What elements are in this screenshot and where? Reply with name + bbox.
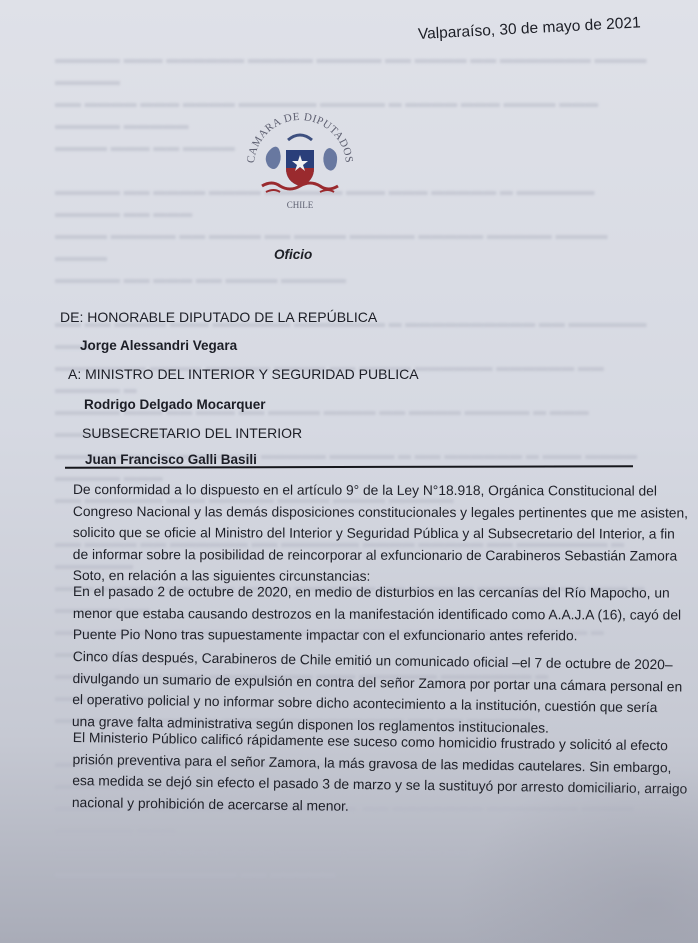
from-name: Jorge Alessandri Vegara [80, 338, 237, 353]
header-divider [65, 465, 633, 468]
date-line: Valparaíso, 30 de mayo de 2021 [418, 14, 642, 44]
paragraph-line: Puente Pio Nono tras supuestamente impac… [73, 624, 638, 647]
from-label: DE: HONORABLE DIPUTADO DE LA REPÚBLICA [60, 309, 377, 325]
to-name: Rodrigo Delgado Mocarquer [84, 397, 266, 412]
paragraph-line: En el pasado 2 de octubre de 2020, en me… [73, 581, 638, 604]
paragraph-line: De conformidad a lo dispuesto en el artí… [73, 479, 638, 502]
seal-bottom-text: CHILE [287, 200, 314, 210]
paragraph-line: Congreso Nacional y las demás disposicio… [73, 500, 638, 523]
to2-name: Juan Francisco Galli Basili [85, 452, 257, 467]
document-title: Oficio [274, 247, 312, 262]
paragraph-line: menor que estaba causando destrozos en l… [73, 602, 638, 625]
to2-label: SUBSECRETARIO DEL INTERIOR [82, 425, 302, 441]
document-page: ▬▬▬▬▬ ▬▬▬ ▬▬▬▬▬▬ ▬▬▬▬▬ ▬▬▬▬▬ ▬▬ ▬▬▬▬ ▬▬ … [0, 0, 698, 943]
paragraph-1: De conformidad a lo dispuesto en el artí… [73, 479, 638, 588]
paragraph-line: solicito que se oficie al Ministro del I… [73, 522, 638, 545]
camara-de-diputados-seal-icon: CAMARA DE DIPUTADOS CHILE [240, 104, 360, 214]
paragraph-line: de informar sobre la posibilidad de rein… [73, 543, 638, 566]
to-label: A: MINISTRO DEL INTERIOR Y SEGURIDAD PUB… [68, 366, 419, 382]
paragraph-3: Cinco días después, Carabineros de Chile… [72, 646, 638, 740]
paragraph-4: El Ministerio Público calificó rápidamen… [72, 727, 638, 821]
paragraph-2: En el pasado 2 de octubre de 2020, en me… [73, 581, 638, 647]
